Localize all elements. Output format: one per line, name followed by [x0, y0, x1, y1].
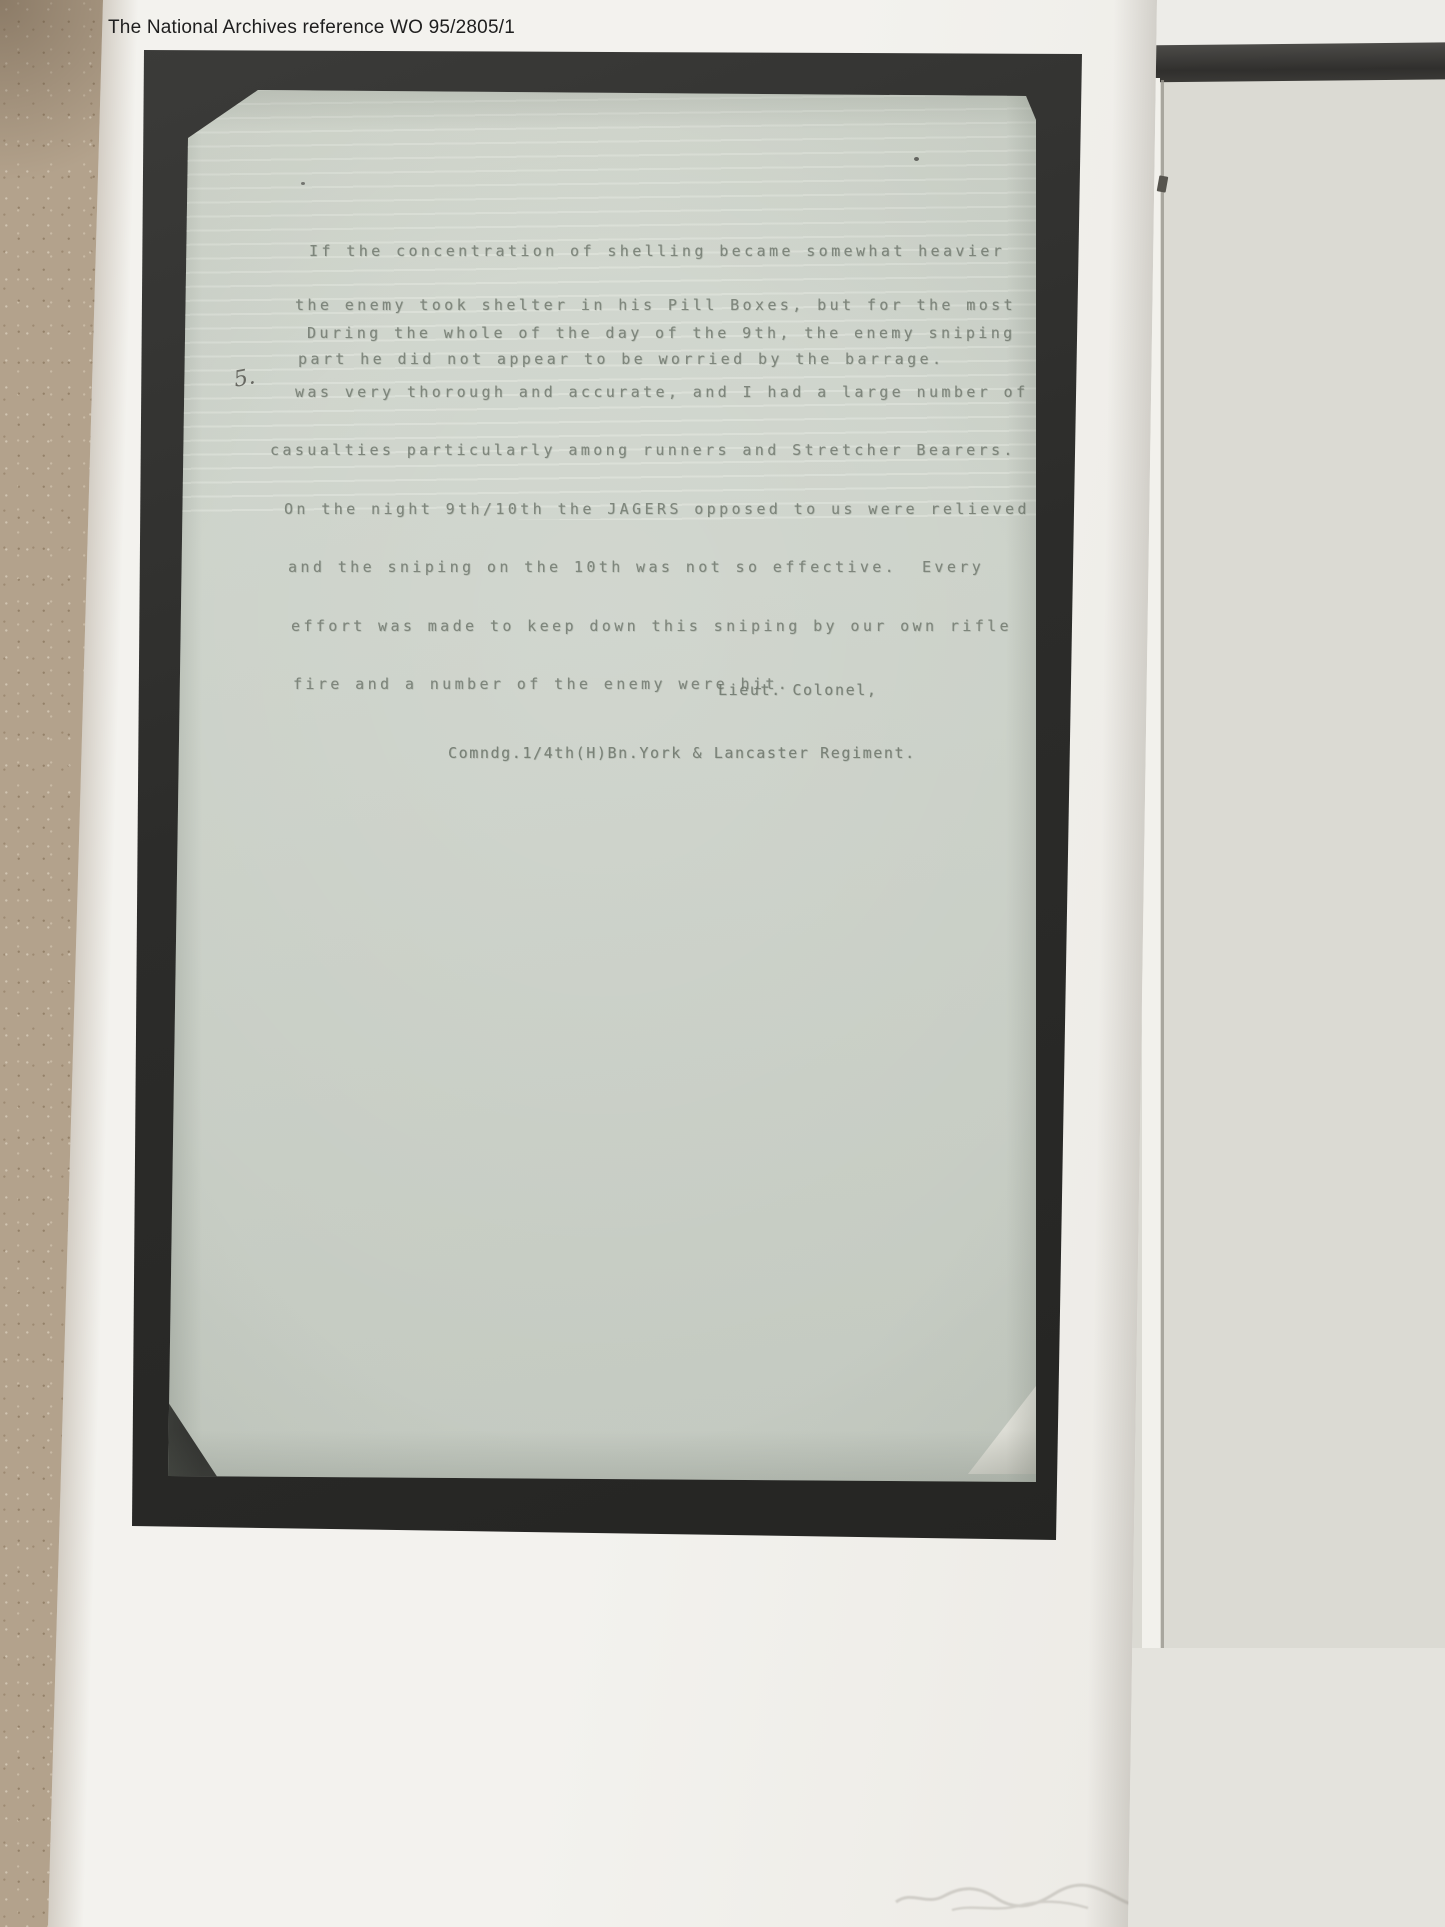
scan-black-mount: If the concentration of shelling became …: [130, 44, 1092, 1544]
handwritten-page-number: 5.: [232, 364, 257, 392]
archive-photocopy-page: The National Archives reference WO 95/28…: [40, 0, 1165, 1927]
signature-block: Lieut. Colonel, Comndg.1/4th(H)Bn.York &…: [168, 638, 916, 806]
signature-rank-line: Lieut. Colonel,: [718, 680, 916, 701]
paper-speck: [301, 182, 305, 185]
underlying-sheet: [1118, 0, 1445, 1927]
typed-line: casualties particularly among runners an…: [270, 441, 1030, 461]
typed-line: and the sniping on the 10th was not so e…: [288, 558, 1030, 578]
paper-folded-corner: [968, 1386, 1036, 1474]
signature-unit-line: Comndg.1/4th(H)Bn.York & Lancaster Regim…: [448, 743, 916, 764]
typed-line: During the whole of the day of the 9th, …: [307, 324, 1030, 344]
faint-pencil-marks: [892, 1872, 1142, 1916]
underlying-sheet-top-margin: [1118, 0, 1445, 47]
archives-reference-header: The National Archives reference WO 95/28…: [108, 17, 515, 39]
typed-line: was very thorough and accurate, and I ha…: [295, 383, 1030, 403]
paper-corner-cut: [168, 1402, 218, 1478]
carpet-background: The National Archives reference WO 95/28…: [0, 0, 1445, 1927]
underlying-sheet-dark-edge: [1114, 42, 1445, 82]
underlying-sheet-lower: [1118, 1648, 1445, 1927]
page-edge-line: [1161, 80, 1164, 1665]
diary-paper: If the concentration of shelling became …: [168, 90, 1036, 1482]
typed-line: On the night 9th/10th the JAGERS opposed…: [284, 500, 1030, 520]
typed-line: If the concentration of shelling became …: [309, 242, 1016, 260]
edge-tick-mark: [1157, 175, 1169, 192]
typed-line: effort was made to keep down this snipin…: [291, 617, 1030, 637]
paper-speck: [914, 157, 919, 161]
